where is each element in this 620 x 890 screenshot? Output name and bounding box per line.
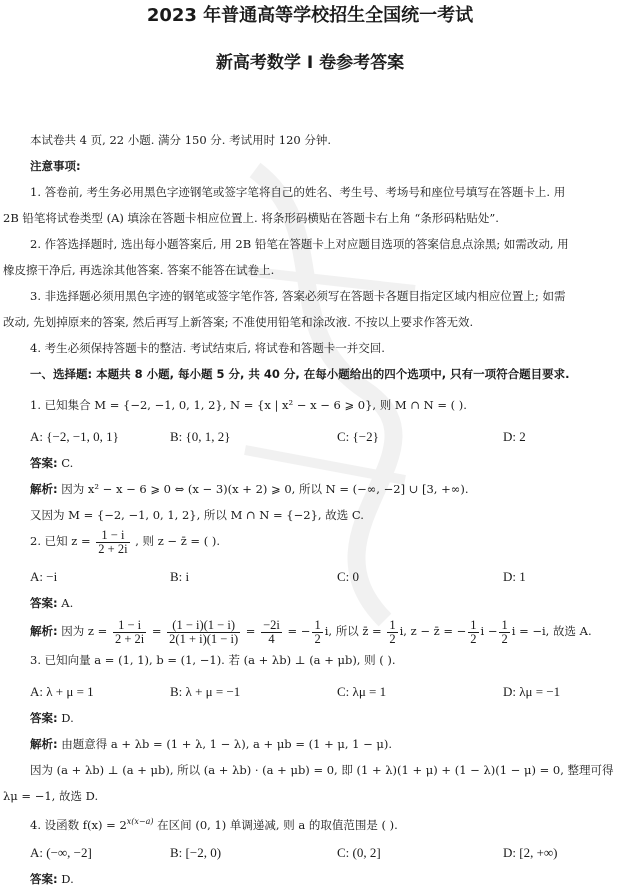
analysis-text: 因为 x² − x − 6 ⩾ 0 ⇔ (x − 3)(x + 2) ⩾ 0, … <box>61 482 468 496</box>
question-1-stem: 1. 已知集合 M = {−2, −1, 0, 1, 2}, N = {x | … <box>30 397 467 413</box>
document-title: 2023 年普通高等学校招生全国统一考试 <box>0 5 620 27</box>
notice-3-line-2: 改动, 先划掉原来的答案, 然后再写上新答案; 不准使用铅笔和涂改液. 不按以上… <box>3 314 473 330</box>
notice-2-line-2: 橡皮擦干净后, 再选涂其他答案. 答案不能答在试卷上. <box>3 262 274 278</box>
notice-heading: 注意事项: <box>30 158 81 174</box>
question-3-analysis-line-1: 解析: 由题意得 a + λb = (1 + λ, 1 − λ), a + μb… <box>30 736 392 752</box>
notice-2-line-1: 2. 作答选择题时, 选出每小题答案后, 用 2B 铅笔在答题卡上对应题目选项的… <box>30 236 569 252</box>
question-1-option-a: A: {−2, −1, 0, 1} <box>30 429 119 445</box>
exponent: x(x−a) <box>127 817 154 826</box>
notice-3-line-1: 3. 非选择题必须用黑色字迹的钢笔或签字笔作答, 答案必须写在答题卡各题目指定区… <box>30 288 565 304</box>
question-2-option-a: A: −i <box>30 569 57 585</box>
question-2-option-c: C: 0 <box>337 569 359 585</box>
question-2-analysis: 解析: 因为 z = 1 − i2 + 2i = (1 − i)(1 − i)2… <box>30 617 592 646</box>
answer-value: C. <box>61 456 73 470</box>
question-3-option-c: C: λμ = 1 <box>337 684 386 700</box>
question-1-answer: 答案: C. <box>30 455 73 471</box>
question-4-option-b: B: [−2, 0) <box>170 845 221 861</box>
question-2-option-d: D: 1 <box>503 569 526 585</box>
question-3-option-a: A: λ + μ = 1 <box>30 684 94 700</box>
answer-label: 答案: <box>30 456 58 470</box>
question-3-analysis-line-2: 因为 (a + λb) ⊥ (a + μb), 所以 (a + λb) · (a… <box>30 762 614 778</box>
notice-1-line-2: 2B 铅笔将试卷类型 (A) 填涂在答题卡相应位置上. 将条形码横贴在答题卡右上… <box>3 210 499 226</box>
section-heading: 一、选择题: 本题共 8 小题, 每小题 5 分, 共 40 分, 在每小题给出… <box>30 366 570 382</box>
question-1-analysis-line-2: 又因为 M = {−2, −1, 0, 1, 2}, 所以 M ∩ N = {−… <box>30 507 364 523</box>
question-3-stem: 3. 已知向量 a = (1, 1), b = (1, −1). 若 (a + … <box>30 652 396 668</box>
notice-1-line-1: 1. 答卷前, 考生务必用黑色字迹钢笔或签字笔将自己的姓名、考生号、考场号和座位… <box>30 184 565 200</box>
question-1-option-d: D: 2 <box>503 429 526 445</box>
document-subtitle: 新高考数学 I 卷参考答案 <box>0 52 620 74</box>
question-1-option-b: B: {0, 1, 2} <box>170 429 231 445</box>
question-2-option-b: B: i <box>170 569 189 585</box>
question-3-option-d: D: λμ = −1 <box>503 684 560 700</box>
question-4-stem: 4. 设函数 f(x) = 2x(x−a) 在区间 (0, 1) 单调递减, 则… <box>30 814 398 833</box>
question-3-answer: 答案: D. <box>30 710 74 726</box>
question-4-answer: 答案: D. <box>30 871 74 887</box>
question-3-analysis-line-3: λμ = −1, 故选 D. <box>3 788 98 804</box>
exam-summary: 本试卷共 4 页, 22 小题. 满分 150 分. 考试用时 120 分钟. <box>30 132 331 148</box>
question-2-answer: 答案: A. <box>30 595 73 611</box>
question-4-option-c: C: (0, 2] <box>337 845 381 861</box>
question-4-option-a: A: (−∞, −2] <box>30 845 92 861</box>
question-3-option-b: B: λ + μ = −1 <box>170 684 240 700</box>
analysis-label: 解析: <box>30 482 58 496</box>
question-2-stem: 2. 已知 z = 1 − i2 + 2i , 则 z − z̄ = ( ). <box>30 527 220 556</box>
question-1-option-c: C: {−2} <box>337 429 379 445</box>
notice-4: 4. 考生必须保持答题卡的整洁. 考试结束后, 将试卷和答题卡一并交回. <box>30 340 385 356</box>
fraction: 1 − i2 + 2i <box>96 529 129 556</box>
question-1-analysis-line-1: 解析: 因为 x² − x − 6 ⩾ 0 ⇔ (x − 3)(x + 2) ⩾… <box>30 481 468 497</box>
question-4-option-d: D: [2, +∞) <box>503 845 558 861</box>
